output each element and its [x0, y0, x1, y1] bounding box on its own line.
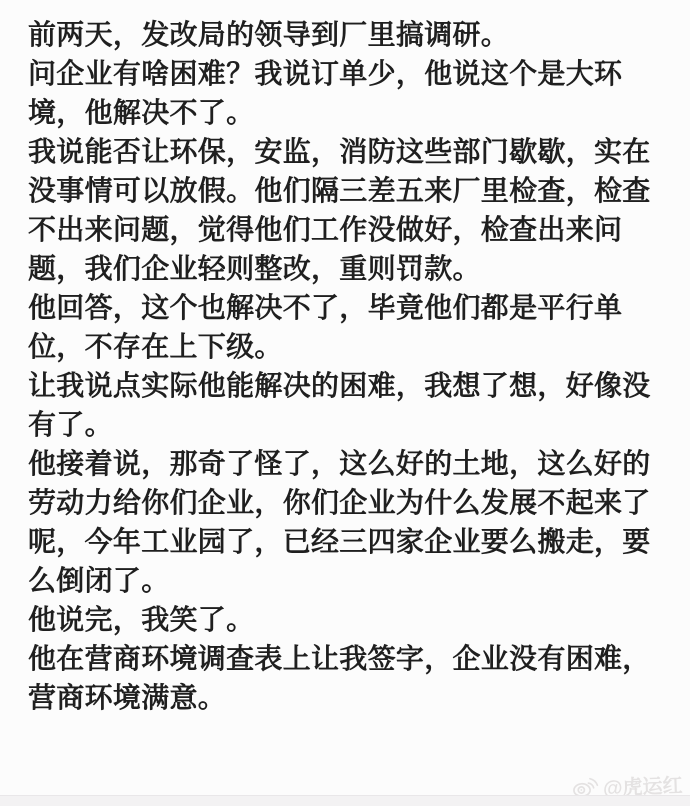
post-text-line: 没事情可以放假。他们隔三差五来厂里检查，检查: [28, 171, 670, 210]
post-text-line: 营商环境满意。: [28, 678, 670, 717]
post-text-line: 他在营商环境调查表上让我签字，企业没有困难，: [28, 639, 670, 678]
post-text-line: 让我说点实际他能解决的困难，我想了想，好像没: [28, 366, 670, 405]
post-screenshot: 前两天，发改局的领导到厂里搞调研。 问企业有啥困难？我说订单少，他说这个是大环 …: [0, 0, 690, 806]
bottom-divider: [0, 795, 690, 806]
post-text-line: 劳动力给你们企业，你们企业为什么发展不起来了: [28, 483, 670, 522]
post-text-line: 问企业有啥困难？我说订单少，他说这个是大环: [28, 54, 670, 93]
post-text-line: 前两天，发改局的领导到厂里搞调研。: [28, 15, 670, 54]
post-text-line: 他接着说，那奇了怪了，这么好的土地，这么好的: [28, 444, 670, 483]
post-text-line: 有了。: [28, 405, 670, 444]
post-text-line: 位，不存在上下级。: [28, 327, 670, 366]
post-text-line: 不出来问题，觉得他们工作没做好，检查出来问: [28, 210, 670, 249]
post-text-line: 呢，今年工业园了，已经三四家企业要么搬走，要: [28, 522, 670, 561]
post-text-line: 我说能否让环保，安监，消防这些部门歇歇，实在: [28, 132, 670, 171]
post-text-line: 他说完，我笑了。: [28, 600, 670, 639]
post-text-line: 境，他解决不了。: [28, 93, 670, 132]
post-text-line: 么倒闭了。: [28, 561, 670, 600]
post-text-line: 他回答，这个也解决不了，毕竟他们都是平行单: [28, 288, 670, 327]
post-text: 前两天，发改局的领导到厂里搞调研。 问企业有啥困难？我说订单少，他说这个是大环 …: [28, 15, 670, 717]
post-text-line: 题，我们企业轻则整改，重则罚款。: [28, 249, 670, 288]
